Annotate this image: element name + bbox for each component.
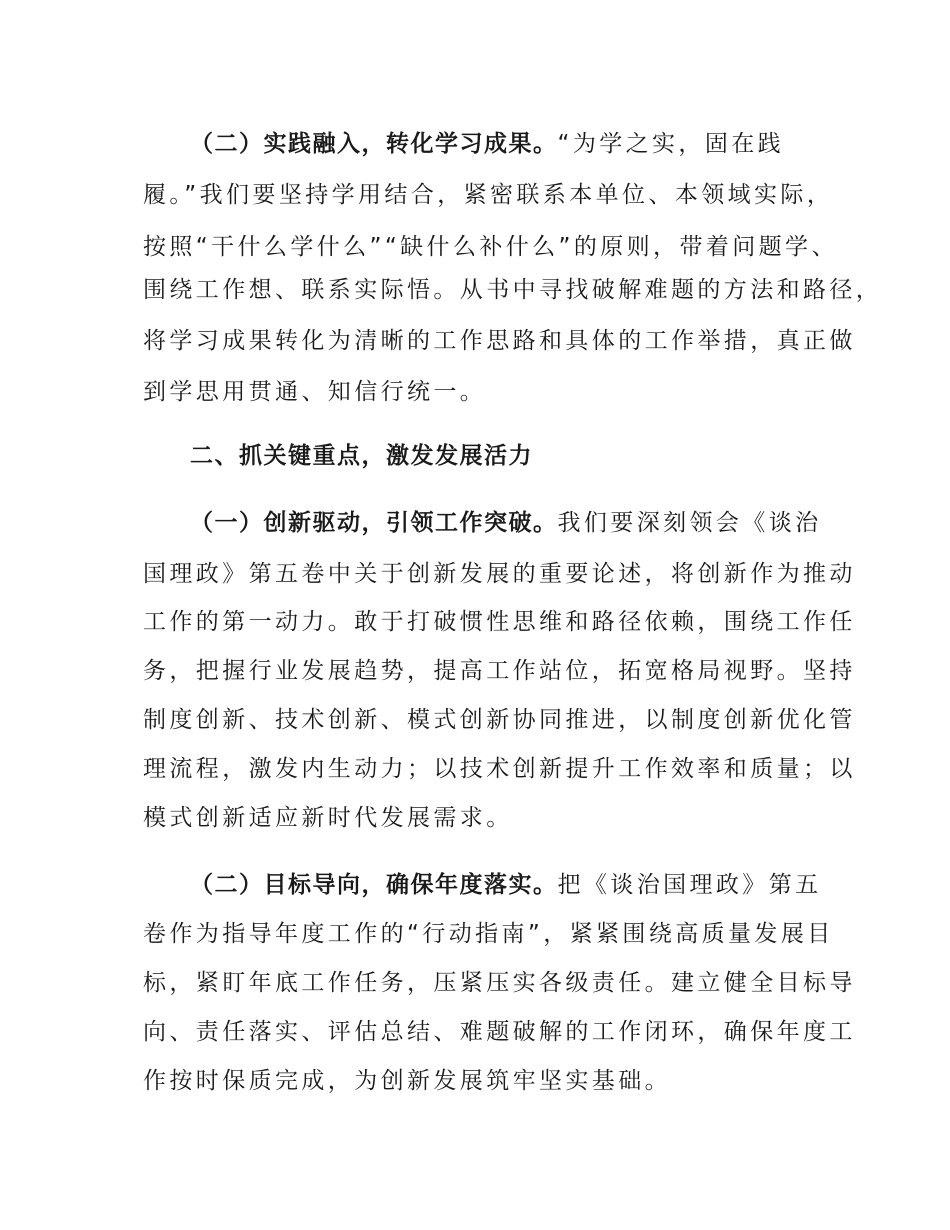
paragraph-3-lead: （二）目标导向，确保年度落实。 <box>190 872 558 898</box>
paragraph-1-line-2: 履。”我们要坚持学用结合，紧密联系本单位、本领域实际， <box>143 180 833 210</box>
paragraph-3-line-1: （二）目标导向，确保年度落实。把《谈治国理政》第五 <box>190 870 822 900</box>
paragraph-2-line-2: 国理政》第五卷中关于创新发展的重要论述，将创新作为推动 <box>143 559 856 589</box>
paragraph-2-line-7: 模式创新适应新时代发展需求。 <box>143 803 513 833</box>
section-heading: 二、抓关键重点，激发发展活力 <box>190 441 533 471</box>
paragraph-3-line-3: 标，紧盯年底工作任务，压紧压实各级责任。建立健全目标导 <box>143 968 856 998</box>
paragraph-2-line-6: 理流程，激发内生动力；以技术创新提升工作效率和质量；以 <box>143 754 856 784</box>
paragraph-1-line-1: （二）实践融入，转化学习成果。“为学之实，固在践 <box>190 129 784 159</box>
paragraph-2-line-1: （一）创新驱动，引领工作突破。我们要深刻领会《谈治 <box>190 508 822 538</box>
paragraph-3-text: 把《谈治国理政》第五 <box>558 872 822 898</box>
paragraph-2-line-3: 工作的第一动力。敢于打破惯性思维和路径依赖，围绕工作任 <box>143 607 856 637</box>
paragraph-2-line-5: 制度创新、技术创新、模式创新协同推进，以制度创新优化管 <box>143 705 856 735</box>
paragraph-1-line-6: 到学思用贯通、知信行统一。 <box>143 377 486 407</box>
paragraph-1-text: “为学之实，固在践 <box>558 131 785 157</box>
document-page: （二）实践融入，转化学习成果。“为学之实，固在践 履。”我们要坚持学用结合，紧密… <box>0 0 950 1230</box>
paragraph-2-line-4: 务，把握行业发展趋势，提高工作站位，拓宽格局视野。坚持 <box>143 656 856 686</box>
paragraph-3-line-4: 向、责任落实、评估总结、难题破解的工作闭环，确保年度工 <box>143 1017 856 1047</box>
paragraph-3-line-2: 卷作为指导年度工作的“行动指南”，紧紧围绕高质量发展目 <box>143 919 834 949</box>
paragraph-1-line-3: 按照“干什么学什么”“缺什么补什么”的原则，带着问题学、 <box>143 232 838 262</box>
paragraph-2-text: 我们要深刻领会《谈治 <box>558 510 822 536</box>
paragraph-1-line-4: 围绕工作想、联系实际悟。从书中寻找破解难题的方法和路径， <box>143 275 882 305</box>
paragraph-2-lead: （一）创新驱动，引领工作突破。 <box>190 510 558 536</box>
paragraph-1-lead: （二）实践融入，转化学习成果。 <box>190 131 558 157</box>
paragraph-1-line-5: 将学习成果转化为清晰的工作思路和具体的工作举措，真正做 <box>143 326 856 356</box>
paragraph-3-line-5: 作按时保质完成，为创新发展筑牢坚实基础。 <box>143 1066 671 1096</box>
